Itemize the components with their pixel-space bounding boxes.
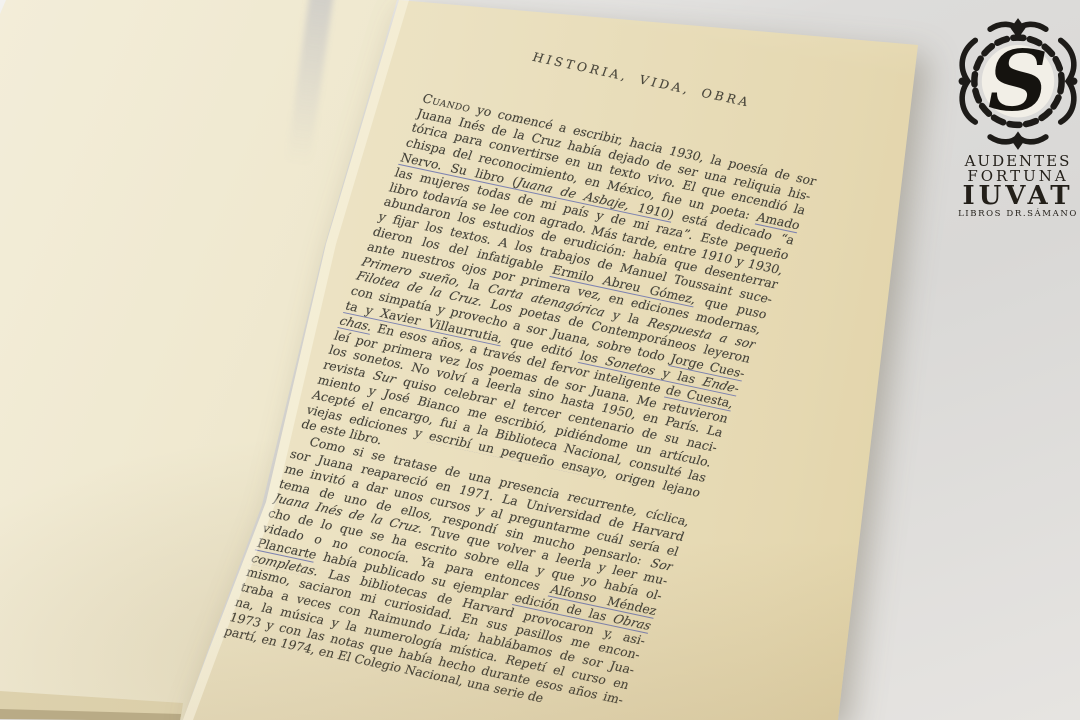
page-body: Cuando yo comencé a escribir, hacia 1930… [222,90,819,720]
text-page: HISTORIA, VIDA, OBRA Cuando yo comencé a… [0,0,1080,720]
right-page-wrap: HISTORIA, VIDA, OBRA Cuando yo comencé a… [0,0,1080,720]
page-text: HISTORIA, VIDA, OBRA Cuando yo comencé a… [222,9,849,720]
logo-text-libros: LIBROS DR.SÁMANO [942,209,1080,219]
book-photo: HISTORIA, VIDA, OBRA Cuando yo comencé a… [0,0,1080,720]
logo-text-iuvat: IUVAT [942,184,1080,208]
monogram-letter: S [988,32,1048,130]
ornate-s-emblem-icon: S [953,18,1080,150]
bookstore-watermark: S AUDENTES FORTUNA IUVAT LIBROS DR.SÁMAN… [942,18,1080,219]
